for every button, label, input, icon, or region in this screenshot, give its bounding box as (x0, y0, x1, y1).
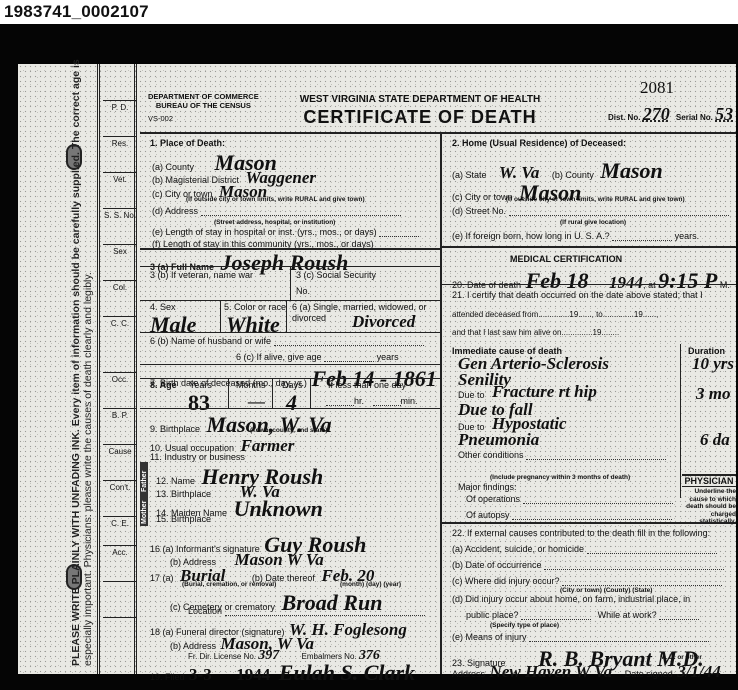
attended-text: attended deceased from..............19..… (452, 310, 658, 319)
cause-duration-1: 10 yrs (692, 354, 734, 374)
injury-location-field: (c) Where did injury occur? (452, 576, 722, 586)
date-signed-value: 3/1/44 (677, 662, 720, 681)
physician-box: PHYSICIAN (682, 474, 736, 487)
physician-title: PHYSICIAN (682, 476, 736, 486)
divider (310, 378, 311, 408)
pregnancy-note: (Include pregnancy within 3 months of de… (490, 474, 630, 481)
mother-name-value: Unknown (234, 496, 323, 521)
divider (440, 246, 736, 248)
home-street-note: (If rural give location) (560, 219, 626, 226)
spouse-field: 6 (b) Name of husband or wife (150, 336, 424, 346)
agency-name: WEST VIRGINIA STATE DEPARTMENT OF HEALTH (290, 94, 550, 105)
divider (220, 300, 221, 332)
major-findings-label: Major findings: (458, 482, 517, 492)
code-cell-cont: Con't. (103, 480, 137, 516)
location-field: Location (188, 606, 425, 616)
registrar-signature: Eulah S. Clark (279, 660, 415, 685)
veteran-label: 3 (b) If veteran, name war (150, 270, 253, 280)
code-cell-res: Res. (103, 136, 137, 172)
home-foreign-field: (e) If foreign born, how long in U. S. A… (452, 231, 699, 241)
birthplace-field: 9. Birthplace Mason, W. Va (150, 412, 332, 438)
dept-line-2: BUREAU OF THE CENSUS (148, 101, 259, 110)
home-title: 2. Home (Usual Residence) of Deceased: (452, 138, 626, 148)
injury-place-label: (d) Did injury occur about home, on farm… (452, 594, 690, 604)
census-header: DEPARTMENT OF COMMERCE BUREAU OF THE CEN… (148, 92, 259, 123)
cause-line-6: Pneumonia (458, 430, 539, 450)
mother-birthplace-label: 15. Birthplace (156, 514, 211, 524)
less-day-label: If less than one day (328, 380, 406, 390)
physician-address-value: New Haven W Va (490, 662, 613, 681)
code-cell-pd: P. D. (103, 100, 137, 136)
race-value: White (226, 312, 280, 338)
title-block: WEST VIRGINIA STATE DEPARTMENT OF HEALTH… (290, 94, 550, 128)
physician-note: Underline the cause to which death shoul… (684, 488, 736, 526)
instruction-margin: PLEASE WRITE PLAINLY WITH UNFADING INK. … (18, 64, 100, 674)
due-to-label: Due to (458, 390, 485, 400)
code-cell-cc: C. C. (103, 316, 137, 352)
hours-minutes-field: hr. min. (326, 396, 418, 406)
divider (140, 300, 440, 301)
filed-date-value: 3-3 (189, 665, 212, 684)
other-conditions-field: Other conditions (458, 450, 666, 460)
external-causes-title: 22. If external causes contributed to th… (452, 528, 710, 538)
sex-label: 4. Sex (150, 302, 176, 312)
code-cell-blank (103, 581, 137, 617)
stay-hospital-field: (e) Length of stay in hospital or inst. … (152, 227, 419, 237)
home-city-note: (If outside city or town limits, write R… (506, 196, 685, 203)
code-cell-occ: Occ. (103, 372, 137, 408)
industry-label: 11. Industry or business (150, 452, 245, 462)
code-cell-acc: Acc. (103, 545, 137, 581)
means-of-injury-field: (e) Means of injury (452, 632, 709, 642)
occurrence-date-field: (b) Date of occurrence (452, 560, 724, 570)
physician-address-field: Address New Haven W Va Date signed 3/1/4… (452, 662, 721, 682)
divider (140, 408, 440, 409)
divider (140, 378, 440, 379)
marital-value: Divorced (352, 312, 415, 332)
spouse-age-field: 6 (c) If alive, give age years (236, 352, 399, 362)
certificate-paper: PLEASE WRITE PLAINLY WITH UNFADING INK. … (18, 64, 736, 674)
place-of-death-title: 1. Place of Death: (150, 138, 225, 148)
divider (440, 132, 442, 248)
burial-method-note: (Burial, cremation, or removal) (182, 581, 276, 588)
serial-number: 53 (715, 104, 733, 124)
age-months-value: — (248, 392, 265, 412)
form-number: VS-002 (148, 114, 259, 123)
certificate-title: CERTIFICATE OF DEATH (290, 107, 550, 128)
occupation-value: Farmer (241, 436, 295, 455)
code-cell-blank (103, 617, 137, 653)
instruction-line-1: PLEASE WRITE PLAINLY WITH UNFADING INK. … (70, 66, 82, 666)
code-cell-vet: Vet. (103, 172, 137, 208)
sex-value: Male (150, 312, 196, 338)
mother-side-label: Mother (141, 501, 148, 524)
cause-duration-6: 6 da (700, 430, 730, 450)
public-place-field: public place? While at work? (466, 610, 699, 620)
death-address-field: (d) Address (152, 206, 401, 216)
code-cell-ssno: S. S. No. (103, 208, 137, 244)
medical-cert-title: MEDICAL CERTIFICATION (510, 254, 622, 264)
divider (286, 300, 287, 332)
certificate-form: DEPARTMENT OF COMMERCE BUREAU OF THE CEN… (140, 64, 736, 674)
race-label: 5. Color or race (224, 302, 286, 312)
cause-duration-3: 3 mo (696, 384, 730, 404)
death-address-note: (Street address, hospital, or institutio… (214, 219, 335, 226)
code-cell-ce: C. E. (103, 516, 137, 545)
social-security-no-label: No. (296, 286, 310, 296)
document-id: 1983741_0002107 (4, 2, 149, 22)
code-cell-col: Col. (103, 280, 137, 316)
operations-field: Of operations (466, 494, 673, 504)
district-serial: Dist. No. 270 Serial No. 53 (608, 104, 733, 125)
divider (440, 284, 736, 285)
last-seen-text: and that I last saw him alive on........… (452, 328, 619, 337)
filed-field: 19. Filed 3-3 1944 Eulah S. Clark (150, 660, 415, 686)
stamp-number: 2081 (640, 78, 674, 98)
code-cell-sex: Sex (103, 244, 137, 280)
home-county-value: Mason (600, 158, 662, 183)
code-cell-cause: Cause (103, 444, 137, 480)
divider (440, 522, 736, 524)
home-street-field: (d) Street No. (452, 206, 729, 216)
father-side-label: Father (141, 471, 148, 492)
code-column: P. D. Res. Vet. S. S. No. Sex Col. C. C.… (103, 64, 137, 674)
months-label: Months (236, 380, 266, 390)
divider (272, 378, 273, 408)
md-note: M. D. or other (660, 654, 702, 661)
autopsy-field: Of autopsy (466, 510, 672, 520)
age-label: 8. Age Years (150, 380, 212, 390)
place-type-note: (Specify type of place) (490, 622, 559, 629)
death-city-note: (If outside city or town limits, write R… (186, 196, 365, 203)
code-cell-bp: B. P. (103, 408, 137, 444)
dept-line-1: DEPARTMENT OF COMMERCE (148, 92, 259, 101)
district-number: 270 (643, 104, 670, 124)
divider (140, 132, 736, 134)
social-security-label: 3 (c) Social Security (296, 270, 376, 280)
birthplace-note: (Town, county, and state) (250, 427, 327, 434)
injury-location-note: (City or town) (County) (State) (560, 587, 652, 594)
instruction-text: PLEASE WRITE PLAINLY WITH UNFADING INK. … (70, 66, 94, 666)
divider (440, 248, 442, 674)
filed-year-value: 1944 (236, 665, 270, 684)
divider (290, 266, 291, 300)
divider (140, 332, 440, 333)
burial-date-note: (month) (day) (year) (340, 581, 401, 588)
divider (140, 364, 440, 365)
accident-field: (a) Accident, suicide, or homicide (452, 544, 717, 554)
days-label: Days (282, 380, 303, 390)
divider (680, 344, 681, 498)
divider (228, 378, 229, 408)
certify-text: 21. I certify that death occurred on the… (452, 290, 703, 300)
cause-line-3: Fracture rt hip (492, 382, 597, 402)
instruction-line-2: especially important. Physicians: please… (82, 66, 94, 666)
